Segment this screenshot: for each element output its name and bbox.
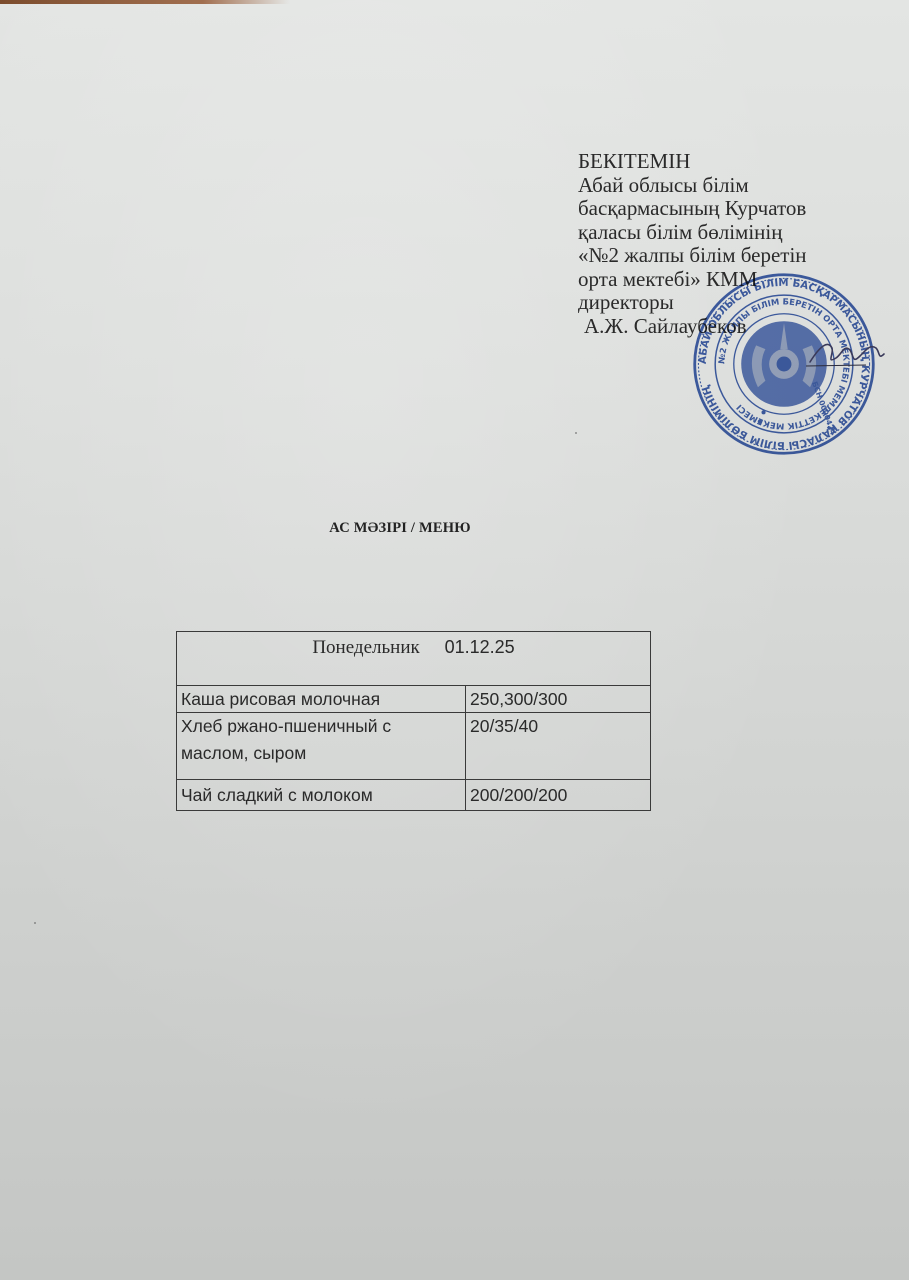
menu-header-cell: Понедельник 01.12.25 — [177, 632, 651, 686]
approval-line: басқармасының Курчатов — [578, 197, 807, 221]
approval-line: қаласы білім бөлімінің — [578, 221, 807, 245]
table-row: Хлеб ржано-пшеничный с маслом, сыром 20/… — [177, 713, 651, 780]
signature-icon — [806, 336, 886, 370]
dish-name: Каша рисовая молочная — [177, 686, 466, 713]
approval-heading: БЕКІТЕМІН — [578, 150, 807, 174]
dish-name: Хлеб ржано-пшеничный с маслом, сыром — [177, 713, 466, 780]
dish-portion: 250,300/300 — [466, 686, 651, 713]
paper-speck — [575, 432, 577, 434]
menu-day: Понедельник — [312, 637, 419, 658]
dish-portion: 20/35/40 — [466, 713, 651, 780]
approval-line: Абай облысы білім — [578, 174, 807, 198]
table-row: Чай сладкий с молоком 200/200/200 — [177, 780, 651, 811]
dish-portion: 200/200/200 — [466, 780, 651, 811]
approval-line: «№2 жалпы білім беретін — [578, 244, 807, 268]
table-header-row: Понедельник 01.12.25 — [177, 632, 651, 686]
menu-table: Понедельник 01.12.25 Каша рисовая молочн… — [176, 631, 651, 811]
desk-edge — [0, 0, 290, 4]
dish-name: Чай сладкий с молоком — [177, 780, 466, 811]
document-title: АС МӘЗІРІ / МЕНЮ — [0, 520, 800, 537]
table-row: Каша рисовая молочная 250,300/300 — [177, 686, 651, 713]
menu-date: 01.12.25 — [445, 637, 515, 657]
paper-speck — [34, 922, 36, 924]
